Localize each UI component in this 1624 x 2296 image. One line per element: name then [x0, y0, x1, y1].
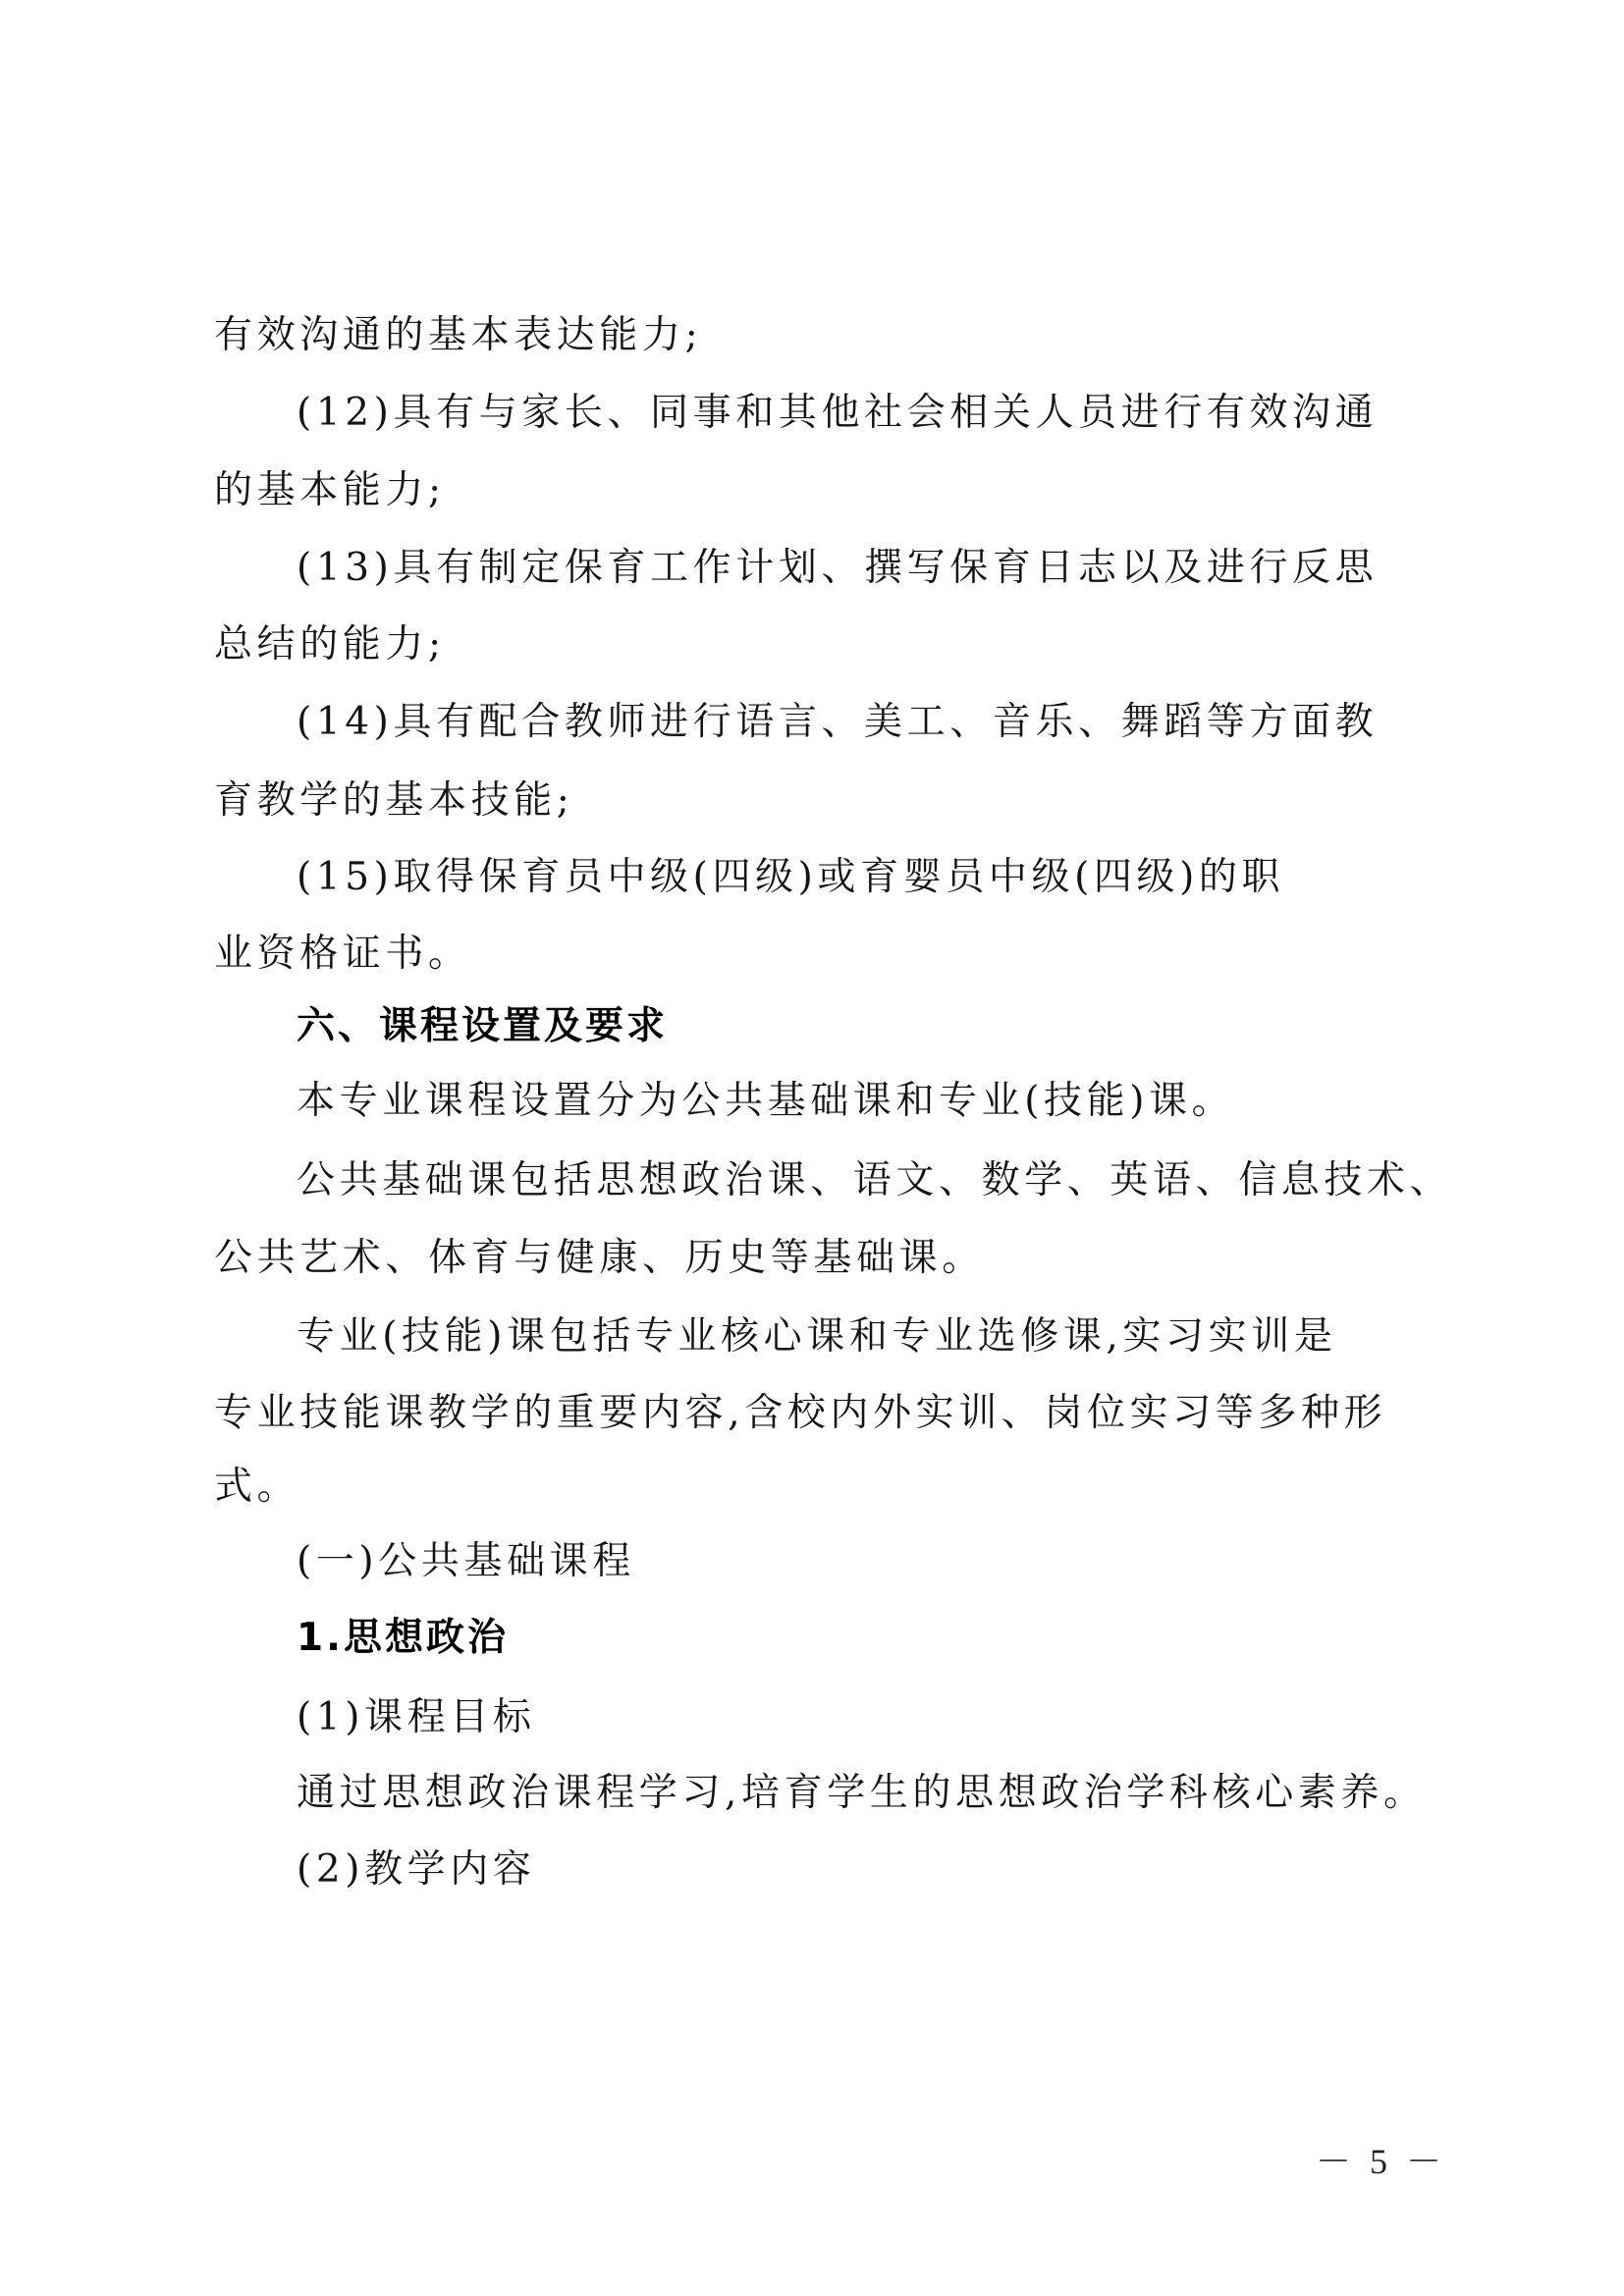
- paragraph-objective-text: 通过思想政治课程学习,培育学生的思想政治学科核心素养。: [297, 1764, 1510, 1823]
- list-item-15: (15)取得保育员中级(四级)或育婴员中级(四级)的职: [297, 848, 1510, 907]
- subsubsection-heading-politics: 1.思想政治: [297, 1609, 1510, 1668]
- paragraph-professional-courses-continuation: 专业技能课教学的重要内容,含校内外实训、岗位实习等多种形: [214, 1384, 1428, 1443]
- paragraph-public-courses: 公共基础课包括思想政治课、语文、数学、英语、信息技术、: [297, 1151, 1510, 1210]
- list-item-12-continuation: 的基本能力;: [214, 461, 1428, 520]
- list-item-13: (13)具有制定保育工作计划、撰写保育日志以及进行反思: [297, 539, 1510, 598]
- paragraph-course-overview: 本专业课程设置分为公共基础课和专业(技能)课。: [297, 1072, 1510, 1131]
- paragraph-professional-courses: 专业(技能)课包括专业核心课和专业选修课,实习实训是: [297, 1308, 1510, 1366]
- page-number: － 5 －: [1316, 2142, 1441, 2181]
- paragraph-professional-courses-end: 式。: [214, 1458, 1428, 1517]
- section-heading-6: 六、课程设置及要求: [297, 997, 1510, 1056]
- subsection-heading-public-courses: (一)公共基础课程: [297, 1532, 1510, 1591]
- list-item-14-continuation: 育教学的基本技能;: [214, 772, 1428, 830]
- paragraph-public-courses-continuation: 公共艺术、体育与健康、历史等基础课。: [214, 1229, 1428, 1288]
- item-course-objective: (1)课程目标: [297, 1688, 1510, 1747]
- paragraph-line-continuation: 有效沟通的基本表达能力;: [214, 306, 1428, 365]
- list-item-15-continuation: 业资格证书。: [214, 925, 1428, 984]
- item-teaching-content: (2)教学内容: [297, 1841, 1510, 1899]
- list-item-14: (14)具有配合教师进行语言、美工、音乐、舞蹈等方面教: [297, 693, 1510, 752]
- list-item-13-continuation: 总结的能力;: [214, 615, 1428, 674]
- document-page: 有效沟通的基本表达能力; (12)具有与家长、同事和其他社会相关人员进行有效沟通…: [0, 0, 1624, 2296]
- list-item-12: (12)具有与家长、同事和其他社会相关人员进行有效沟通: [297, 384, 1510, 443]
